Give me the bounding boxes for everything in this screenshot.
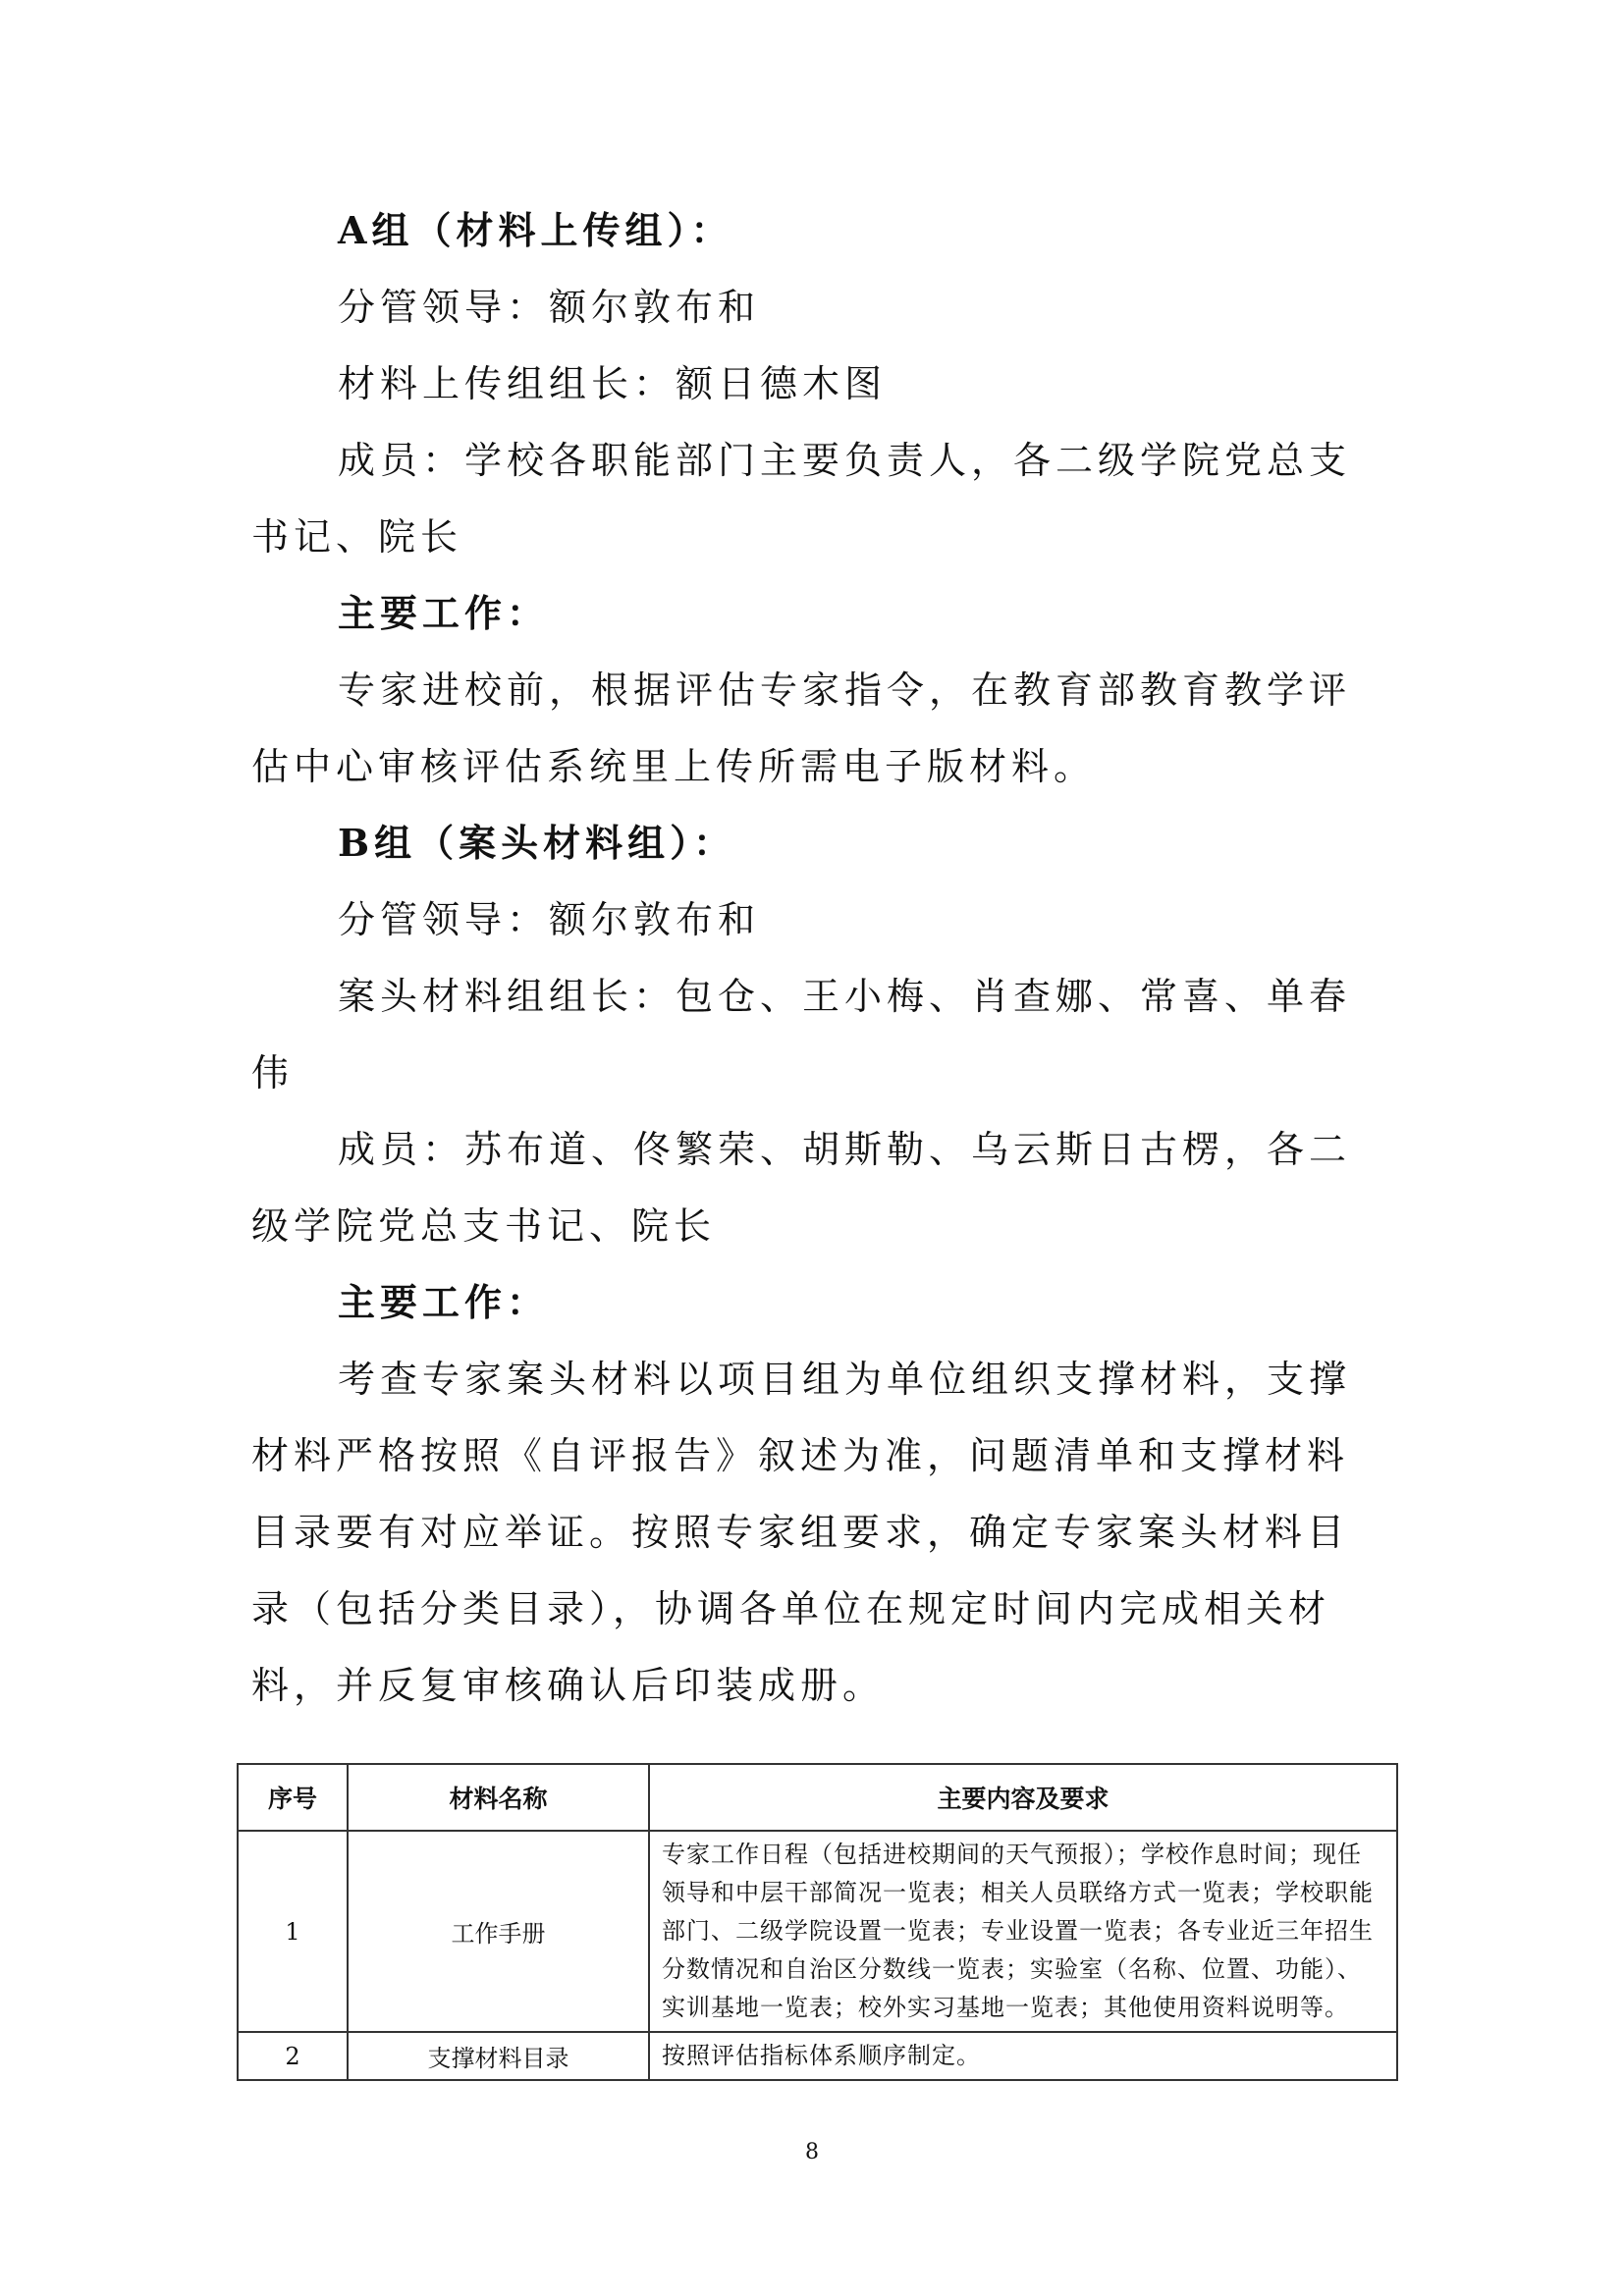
group-a-work-title: 主要工作：: [251, 575, 1390, 652]
group-b-leader: 分管领导：额尔敦布和: [251, 881, 1390, 958]
table-header-row: 序号 材料名称 主要内容及要求: [238, 1764, 1397, 1831]
header-no: 序号: [238, 1764, 348, 1831]
row-content: 专家工作日程（包括进校期间的天气预报）；学校作息时间；现任领导和中层干部简况一览…: [649, 1831, 1397, 2032]
document-page: A组（材料上传组）： 分管领导：额尔敦布和 材料上传组组长：额日德木图 成员：学…: [0, 0, 1624, 2296]
header-name: 材料名称: [348, 1764, 649, 1831]
row-content: 按照评估指标体系顺序制定。: [649, 2032, 1397, 2080]
group-a-leader: 分管领导：额尔敦布和: [251, 269, 1390, 346]
group-b-members: 成员：苏布道、佟繁荣、胡斯勒、乌云斯日古楞，各二级学院党总支书记、院长: [251, 1111, 1390, 1264]
group-b-head: 案头材料组组长：包仓、王小梅、肖查娜、常喜、单春伟: [251, 958, 1390, 1111]
materials-table: 序号 材料名称 主要内容及要求 1 工作手册 专家工作日程（包括进校期间的天气预…: [237, 1763, 1398, 2081]
row-name: 工作手册: [348, 1831, 649, 2032]
group-a-members: 成员：学校各职能部门主要负责人，各二级学院党总支书记、院长: [251, 422, 1390, 575]
group-a-work: 专家进校前，根据评估专家指令，在教育部教育教学评估中心审核评估系统里上传所需电子…: [251, 652, 1390, 805]
group-a-head: 材料上传组组长：额日德木图: [251, 346, 1390, 422]
table-row: 2 支撑材料目录 按照评估指标体系顺序制定。: [238, 2032, 1397, 2080]
row-no: 1: [238, 1831, 348, 2032]
group-b-work: 考查专家案头材料以项目组为单位组织支撑材料，支撑材料严格按照《自评报告》叙述为准…: [251, 1341, 1390, 1724]
row-name: 支撑材料目录: [348, 2032, 649, 2080]
group-b-title: B组（案头材料组）：: [251, 805, 1390, 881]
table-row: 1 工作手册 专家工作日程（包括进校期间的天气预报）；学校作息时间；现任领导和中…: [238, 1831, 1397, 2032]
page-number: 8: [0, 2140, 1624, 2164]
header-content: 主要内容及要求: [649, 1764, 1397, 1831]
group-a-title: A组（材料上传组）：: [251, 192, 1390, 269]
row-no: 2: [238, 2032, 348, 2080]
group-b-work-title: 主要工作：: [251, 1264, 1390, 1341]
